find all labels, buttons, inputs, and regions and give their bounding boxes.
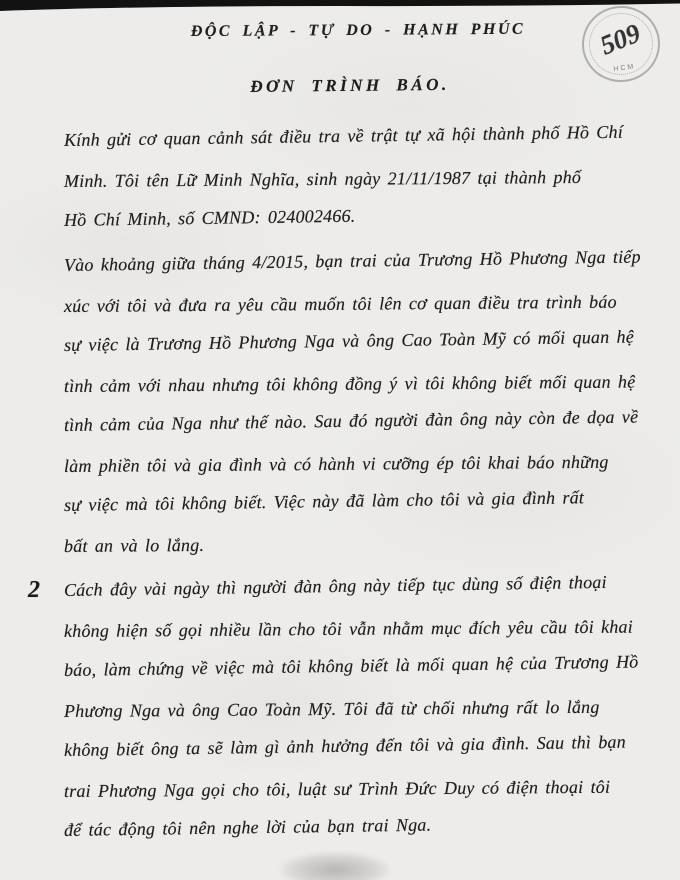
margin-number: 2: [28, 570, 40, 610]
handwritten-line: Kính gửi cơ quan cảnh sát điều tra về tr…: [64, 111, 657, 160]
paragraph-recent-phone-calls: 2 Cách đây vài ngày thì người đàn ông nà…: [64, 570, 656, 850]
handwritten-line: sự việc mà tôi không biết. Việc này đã l…: [64, 476, 657, 525]
handwritten-line: Cách đây vài ngày thì người đàn ông này …: [64, 561, 657, 610]
paragraph-salutation: Kính gửi cơ quan cảnh sát điều tra về tr…: [64, 120, 656, 240]
document-title: ĐƠN TRÌNH BÁO.: [0, 72, 680, 99]
handwritten-line: sự việc là Trương Hồ Phương Nga và ông C…: [64, 316, 657, 365]
handwritten-line: Hồ Chí Minh, số CMND: 024002466.: [64, 191, 657, 240]
handwritten-line: không biết ông ta sẽ làm gì ảnh hưởng đế…: [64, 721, 657, 770]
paragraph-lines: Cách đây vài ngày thì người đàn ông này …: [64, 570, 656, 850]
paragraph-incident-april-2015: Vào khoảng giữa tháng 4/2015, bạn trai c…: [64, 245, 656, 565]
document-body: Kính gửi cơ quan cảnh sát điều tra về tr…: [64, 120, 656, 855]
handwritten-line: để tác động tôi nên nghe lời của bạn tra…: [64, 801, 657, 850]
scan-smudge: [280, 852, 390, 880]
scanned-document-page: 509 HCM ĐỘC LẬP - TỰ DO - HẠNH PHÚC ĐƠN …: [0, 0, 680, 880]
handwritten-line: Vào khoảng giữa tháng 4/2015, bạn trai c…: [64, 236, 657, 285]
handwritten-line: báo, làm chứng về việc mà tôi không biết…: [64, 641, 657, 690]
scanner-edge-artifact: [0, 0, 680, 16]
handwritten-line: bất an và lo lắng.: [64, 521, 656, 566]
national-motto: ĐỘC LẬP - TỰ DO - HẠNH PHÚC: [0, 20, 680, 43]
handwritten-line: tình cảm của Nga như thế nào. Sau đó ngư…: [64, 396, 657, 445]
